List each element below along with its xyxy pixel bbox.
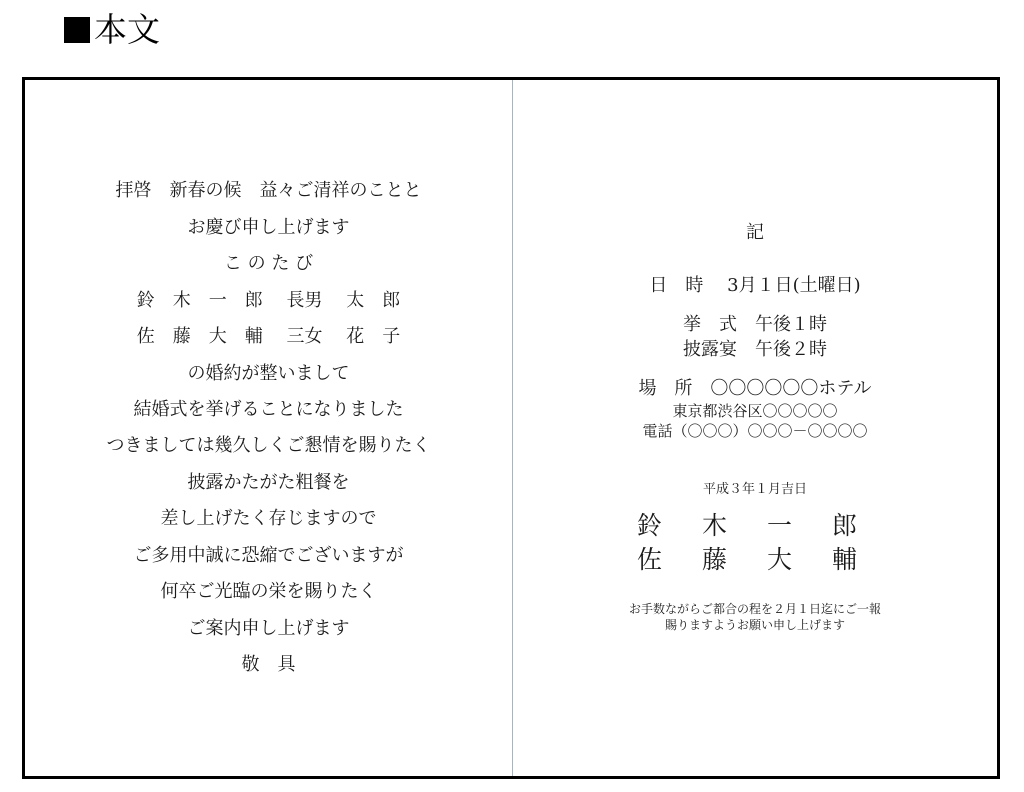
body-line: の婚約が整いまして [25, 362, 512, 386]
right-page: 記 日 時 3月１日(土曜日) 挙 式 午後１時 披露宴 午後２時 場 所 〇〇… [513, 80, 997, 776]
section-heading: 本文 [64, 10, 160, 50]
rsvp-line-1: お手数ながらご都合の程を２月１日迄にご一報 [513, 601, 997, 617]
body-line: こ の た び [25, 252, 512, 276]
body-line: 拝啓 新春の候 益々ご清祥のことと [25, 179, 512, 203]
rsvp-line-2: 賜りますようお願い申し上げます [513, 617, 997, 633]
sender-name-suzuki: 鈴 木 一 郎 [637, 511, 857, 541]
date-line: 日 時 3月１日(土曜日) [513, 274, 997, 298]
name-char: 一 [767, 511, 792, 541]
venue-line: 場 所 〇〇〇〇〇〇ホテル [513, 377, 997, 401]
name-char: 輔 [832, 545, 857, 575]
section-title: 本文 [94, 10, 160, 50]
name-char: 木 [702, 511, 727, 541]
square-bullet-icon [64, 17, 90, 43]
body-line: つきましては幾久しくご懇情を賜りたく [25, 434, 512, 458]
issue-date: 平成３年１月吉日 [513, 481, 997, 499]
body-line: 披露かたがた粗餐を [25, 471, 512, 495]
invitation-card: 拝啓 新春の候 益々ご清祥のことと お慶び申し上げます こ の た び 鈴 木 … [22, 77, 1000, 779]
name-char: 大 [767, 545, 792, 575]
ceremony-time: 挙 式 午後１時 [513, 313, 997, 337]
name-char: 鈴 [637, 511, 662, 541]
body-line: 佐 藤 大 輔 三女 花 子 [25, 325, 512, 349]
body-line: 何卒ご光臨の栄を賜りたく [25, 580, 512, 604]
address-line: 東京都渋谷区〇〇〇〇〇 [513, 401, 997, 421]
name-char: 郎 [832, 511, 857, 541]
closing-keigu: 敬 具 [25, 653, 512, 677]
name-char: 藤 [702, 545, 727, 575]
body-line: ご多用中誠に恐縮でございますが [25, 544, 512, 568]
phone-line: 電話（〇〇〇）〇〇〇－〇〇〇〇 [513, 421, 997, 441]
body-line: 差し上げたく存じますので [25, 507, 512, 531]
left-page: 拝啓 新春の候 益々ご清祥のことと お慶び申し上げます こ の た び 鈴 木 … [25, 80, 512, 776]
reception-time: 披露宴 午後２時 [513, 338, 997, 362]
body-line: 結婚式を挙げることになりました [25, 398, 512, 422]
name-char: 佐 [637, 545, 662, 575]
ki-heading: 記 [513, 221, 997, 245]
sender-name-sato: 佐 藤 大 輔 [637, 545, 857, 575]
body-line: 鈴 木 一 郎 長男 太 郎 [25, 289, 512, 313]
body-line: ご案内申し上げます [25, 617, 512, 641]
body-line: お慶び申し上げます [25, 216, 512, 240]
